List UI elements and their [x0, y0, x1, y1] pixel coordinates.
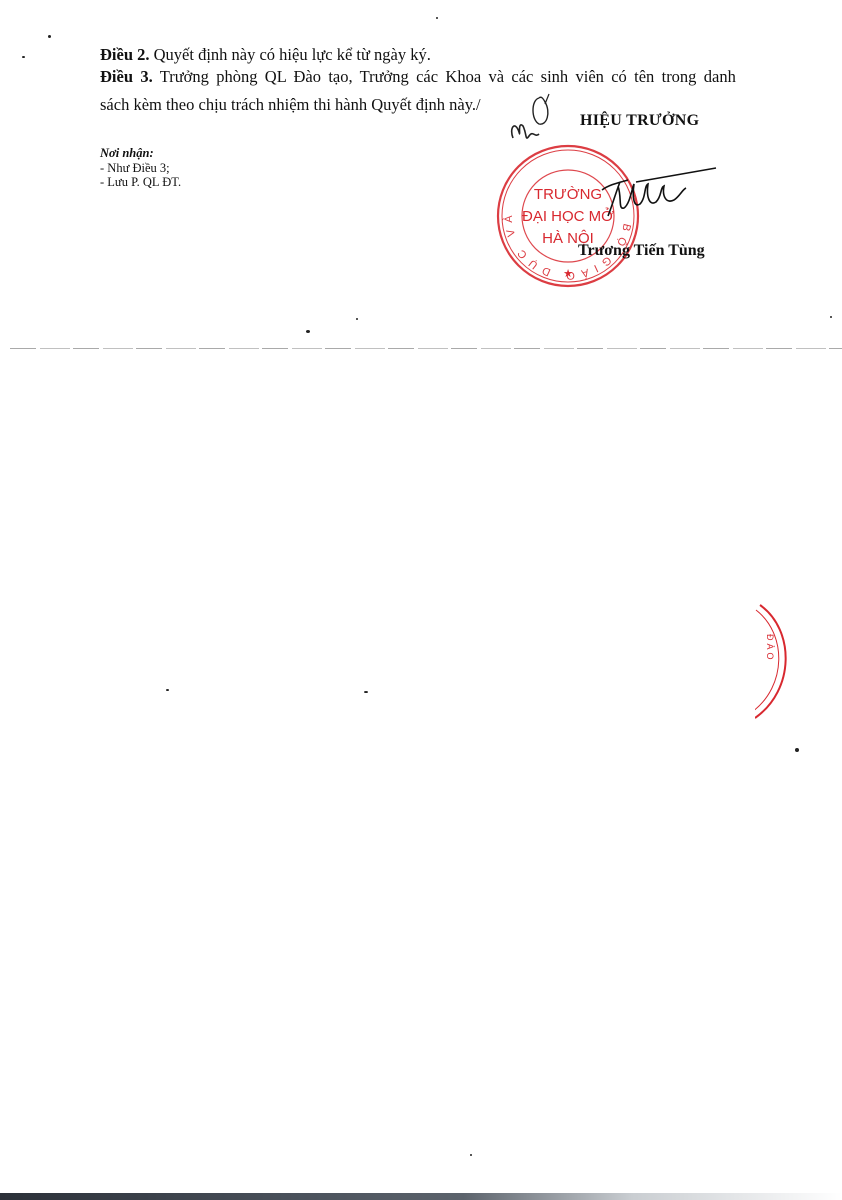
- recipients-block: Nơi nhận: - Như Điều 3; - Lưu P. QL ĐT.: [100, 146, 181, 190]
- scan-speck: [470, 1154, 472, 1156]
- article-3-line-1: Điều 3. Trưởng phòng QL Đào tạo, Trưởng …: [100, 64, 736, 90]
- scanner-edge: [0, 1193, 842, 1200]
- article-3-label: Điều 3.: [100, 67, 153, 86]
- handwritten-signature-icon: [598, 158, 723, 228]
- scan-speck: [306, 330, 310, 333]
- recipients-title: Nơi nhận:: [100, 146, 181, 161]
- initials-signature-icon: [505, 90, 555, 150]
- recipient-item: - Như Điều 3;: [100, 161, 181, 176]
- scan-speck: [166, 689, 169, 691]
- signer-title: HIỆU TRƯỞNG: [580, 112, 699, 130]
- partial-stamp-icon: ĐÀO: [755, 600, 825, 720]
- scan-speck: [830, 316, 832, 318]
- scan-speck: [364, 691, 368, 693]
- svg-text:★: ★: [563, 267, 573, 280]
- recipient-item: - Lưu P. QL ĐT.: [100, 175, 181, 190]
- partial-stamp-text: ĐÀO: [765, 634, 775, 663]
- scan-speck: [356, 318, 358, 320]
- article-2-label: Điều 2.: [100, 45, 150, 64]
- scan-speck: [48, 35, 51, 38]
- article-2-text: Quyết định này có hiệu lực kể từ ngày ký…: [150, 45, 431, 64]
- article-3-line-2: sách kèm theo chịu trách nhiệm thi hành …: [100, 92, 481, 118]
- scan-speck: [22, 56, 25, 58]
- page-separator: [10, 348, 842, 349]
- article-3-text-line-1: Trưởng phòng QL Đào tạo, Trưởng các Khoa…: [153, 67, 736, 86]
- signer-name: Trương Tiến Tùng: [578, 242, 705, 260]
- scan-speck: [795, 748, 799, 752]
- stamp-line-1: TRƯỜNG: [534, 186, 602, 203]
- scan-speck: [436, 17, 438, 19]
